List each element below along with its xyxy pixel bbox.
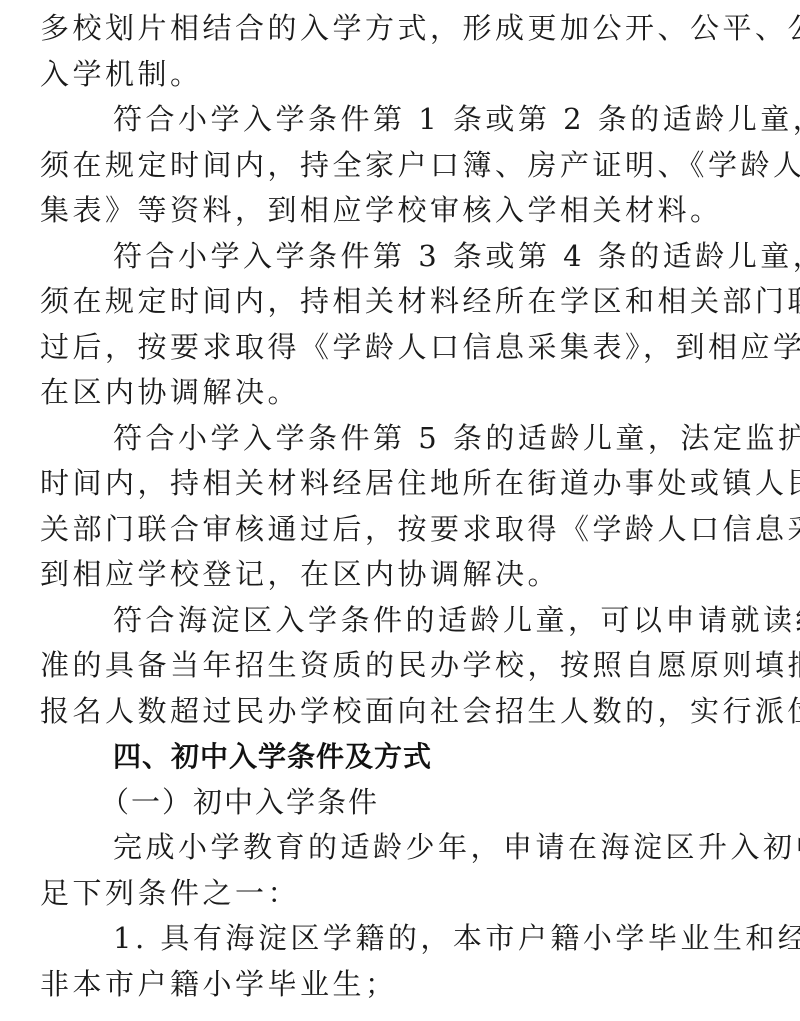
paragraph-continuation: 多校划片相结合的入学方式，形成更加公开、公平、公正的就近 入学机制。: [40, 6, 772, 97]
text-line: 在区内协调解决。: [40, 370, 772, 416]
subsection-heading: （一）初中入学条件: [40, 780, 772, 826]
text-line: 足下列条件之一：: [40, 871, 772, 917]
text-line: 非本市户籍小学毕业生；: [40, 962, 772, 1008]
text-line: 完成小学教育的适龄少年，申请在海淀区升入初中的，需满: [40, 825, 772, 871]
section-heading: 四、初中入学条件及方式: [40, 734, 772, 780]
text-line: 符合小学入学条件第 3 条或第 4 条的适龄儿童，法定监护人: [40, 234, 772, 280]
text-line: 到相应学校登记，在区内协调解决。: [40, 552, 772, 598]
paragraph-private-schools: 符合海淀区入学条件的适龄儿童，可以申请就读经区教委批 准的具备当年招生资质的民办…: [40, 598, 772, 735]
text-line: 须在规定时间内，持相关材料经所在学区和相关部门联合审核通: [40, 279, 772, 325]
text-line: 时间内，持相关材料经居住地所在街道办事处或镇人民政府和相: [40, 461, 772, 507]
document-page: 多校划片相结合的入学方式，形成更加公开、公平、公正的就近 入学机制。 符合小学入…: [40, 6, 772, 1007]
paragraph-junior-item-1: 1. 具有海淀区学籍的，本市户籍小学毕业生和经审核通过的 非本市户籍小学毕业生；: [40, 916, 772, 1007]
text-line: 入学机制。: [40, 52, 772, 98]
paragraph-conditions-1-2: 符合小学入学条件第 1 条或第 2 条的适龄儿童，法定监护人 须在规定时间内，持…: [40, 97, 772, 234]
paragraph-conditions-3-4: 符合小学入学条件第 3 条或第 4 条的适龄儿童，法定监护人 须在规定时间内，持…: [40, 234, 772, 416]
paragraph-junior-intro: 完成小学教育的适龄少年，申请在海淀区升入初中的，需满 足下列条件之一：: [40, 825, 772, 916]
text-line: 1. 具有海淀区学籍的，本市户籍小学毕业生和经审核通过的: [40, 916, 772, 962]
text-line: 须在规定时间内，持全家户口簿、房产证明、《学龄人口信息采: [40, 143, 772, 189]
text-line: 符合海淀区入学条件的适龄儿童，可以申请就读经区教委批: [40, 598, 772, 644]
text-line: 集表》等资料，到相应学校审核入学相关材料。: [40, 188, 772, 234]
text-line: 准的具备当年招生资质的民办学校，按照自愿原则填报志愿。对: [40, 643, 772, 689]
text-line: 关部门联合审核通过后，按要求取得《学龄人口信息采集表》，: [40, 507, 772, 553]
text-line: 多校划片相结合的入学方式，形成更加公开、公平、公正的就近: [40, 6, 772, 52]
paragraph-condition-5: 符合小学入学条件第 5 条的适龄儿童，法定监护人须在规定 时间内，持相关材料经居…: [40, 416, 772, 598]
text-line: 符合小学入学条件第 5 条的适龄儿童，法定监护人须在规定: [40, 416, 772, 462]
text-line: 符合小学入学条件第 1 条或第 2 条的适龄儿童，法定监护人: [40, 97, 772, 143]
text-line: 过后，按要求取得《学龄人口信息采集表》，到相应学校登记，: [40, 325, 772, 371]
text-line: 报名人数超过民办学校面向社会招生人数的，实行派位录取。: [40, 689, 772, 735]
